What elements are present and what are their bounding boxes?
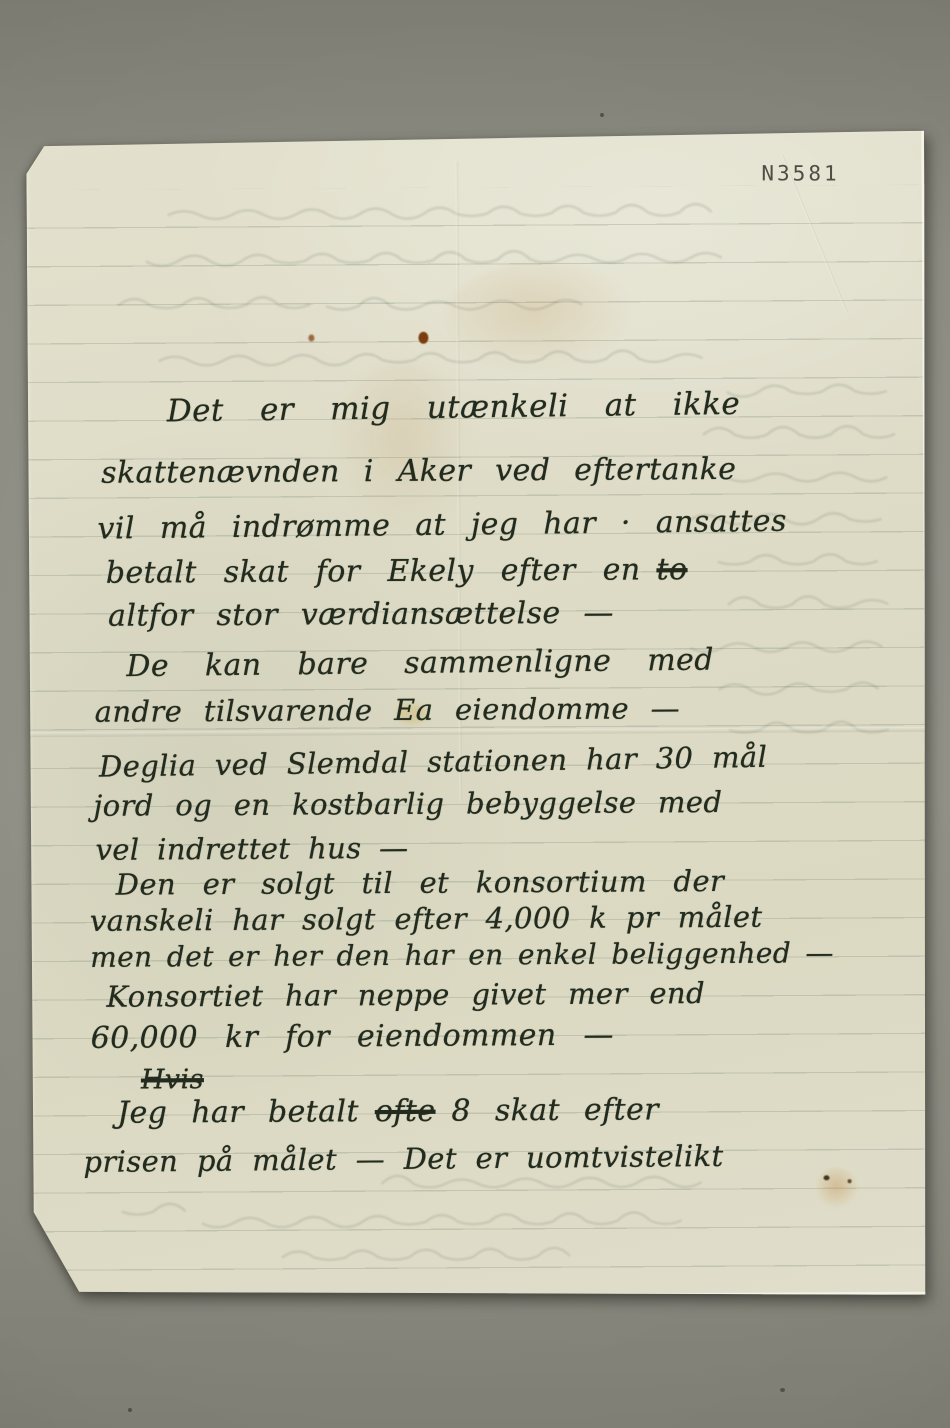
handwritten-line: Jeg har betaltofte8 skat efter (117, 1092, 659, 1130)
handwritten-line: Den er solgt til et konsortium der (116, 864, 725, 902)
handwritten-line: prisen på målet — Det er uomtvistelikt (83, 1139, 723, 1179)
letter-page: N3581 Det er mig utænkeli at ikke skatte… (25, 129, 931, 1300)
struck-word: ofte (375, 1094, 436, 1129)
handwritten-line: skattenævnden i Aker ved eftertanke (101, 452, 736, 491)
handwritten-line: vel indrettet hus — (95, 831, 408, 867)
photo-background: N3581 Det er mig utænkeli at ikke skatte… (0, 0, 950, 1428)
folded-corner-top-left (23, 142, 47, 178)
ruled-lines (25, 185, 931, 1298)
background-speck (128, 1408, 132, 1412)
handwritten-line: vanskeli har solgt efter 4,000 k pr måle… (90, 900, 763, 938)
handwritten-line: men det er her den har en enkel beliggen… (90, 936, 834, 974)
handwritten-line: Hvis (141, 1064, 204, 1095)
handwritten-line: altfor stor værdiansættelse — (108, 596, 614, 634)
catalog-number: N3581 (761, 161, 839, 185)
handwritten-line: jord og en kostbarlig bebyggelse med (93, 785, 722, 823)
handwritten-line: De kan bare sammenligne med (126, 642, 714, 684)
struck-word: to (656, 552, 687, 587)
handwritten-line: 60,000 kr for eiendommen — (91, 1018, 614, 1056)
struck-word: Hvis (141, 1064, 204, 1095)
handwritten-line: Det er mig utænkeli at ikke (167, 386, 741, 430)
handwritten-line: betalt skat for Ekely efter ento (106, 552, 688, 591)
background-speck (780, 1388, 785, 1392)
background-speck (600, 113, 604, 117)
handwritten-line: Konsortiet har neppe givet mer end (106, 976, 705, 1014)
letter-sheet-wrapper: N3581 Det er mig utænkeli at ikke skatte… (28, 132, 927, 1298)
handwritten-line: andre tilsvarende Ea eiendomme — (95, 691, 681, 729)
